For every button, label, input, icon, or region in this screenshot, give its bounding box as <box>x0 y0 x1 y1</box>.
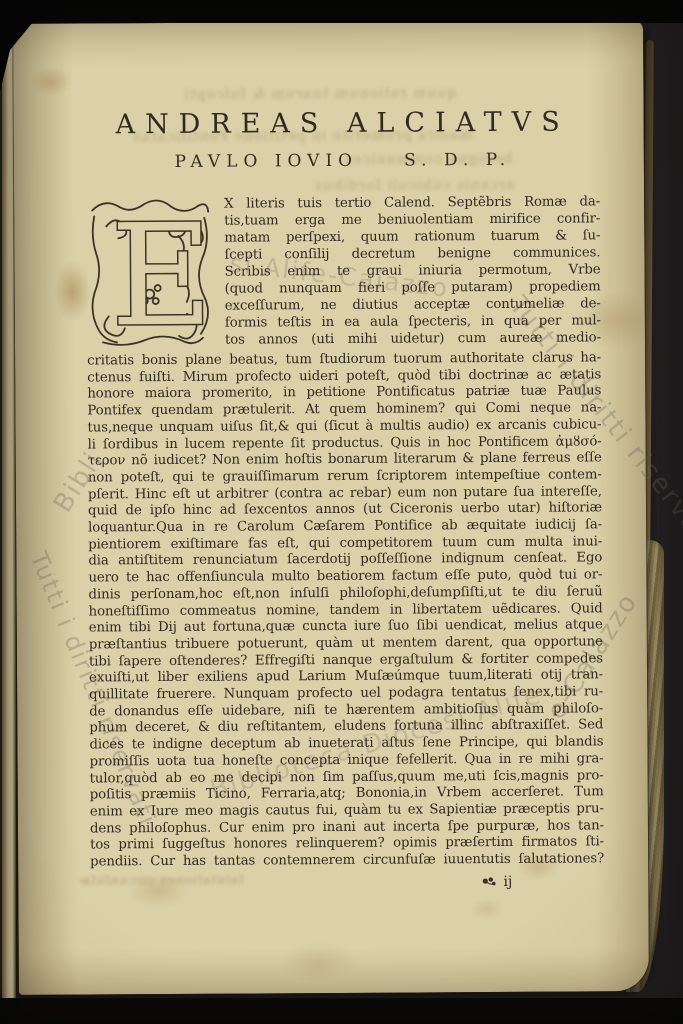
scan-top-border <box>0 0 683 23</box>
book-page: Tutti i diritti riservati Tutti i diritt… <box>13 20 649 995</box>
signature-row: ij <box>90 873 604 892</box>
letter-salutation: PAVLO IOVIO S. D. P. <box>86 149 600 172</box>
opening-paragraph: E X literis tuis tertio Calend. Septẽbri… <box>86 193 601 352</box>
text-line: pendiis. Cur has tantas contemnerem circ… <box>90 851 604 871</box>
opening-lines: X literis tuis tertio Calend. Septẽbris … <box>224 193 601 351</box>
salutation-formula: S. D. P. <box>404 150 511 171</box>
text-line: tos annos (uti mihi uidetur) cum aureæ m… <box>225 329 601 348</box>
salutation-addressee: PAVLO IOVIO <box>175 151 359 172</box>
book-scan-photo: Tutti i diritti riservati Tutti i diritt… <box>0 0 683 1024</box>
quire-signature: ij <box>503 874 512 890</box>
fleuron-icon <box>481 876 497 888</box>
letter-heading: ANDREAS ALCIATVS <box>86 106 600 140</box>
woodcut-initial-icon: E <box>86 196 213 349</box>
scan-bottom-border <box>0 998 683 1024</box>
drop-cap-woodcut: E <box>86 196 213 353</box>
drop-cap-letter: E <box>110 196 213 349</box>
body-paragraph: critatis bonis plane beatus, tum ſtudior… <box>87 350 604 871</box>
show-through-text: quum rationum tuarum & ſuſcepti <box>183 85 456 103</box>
letter-text-block: ANDREAS ALCIATVS PAVLO IOVIO S. D. P. <box>86 106 605 892</box>
